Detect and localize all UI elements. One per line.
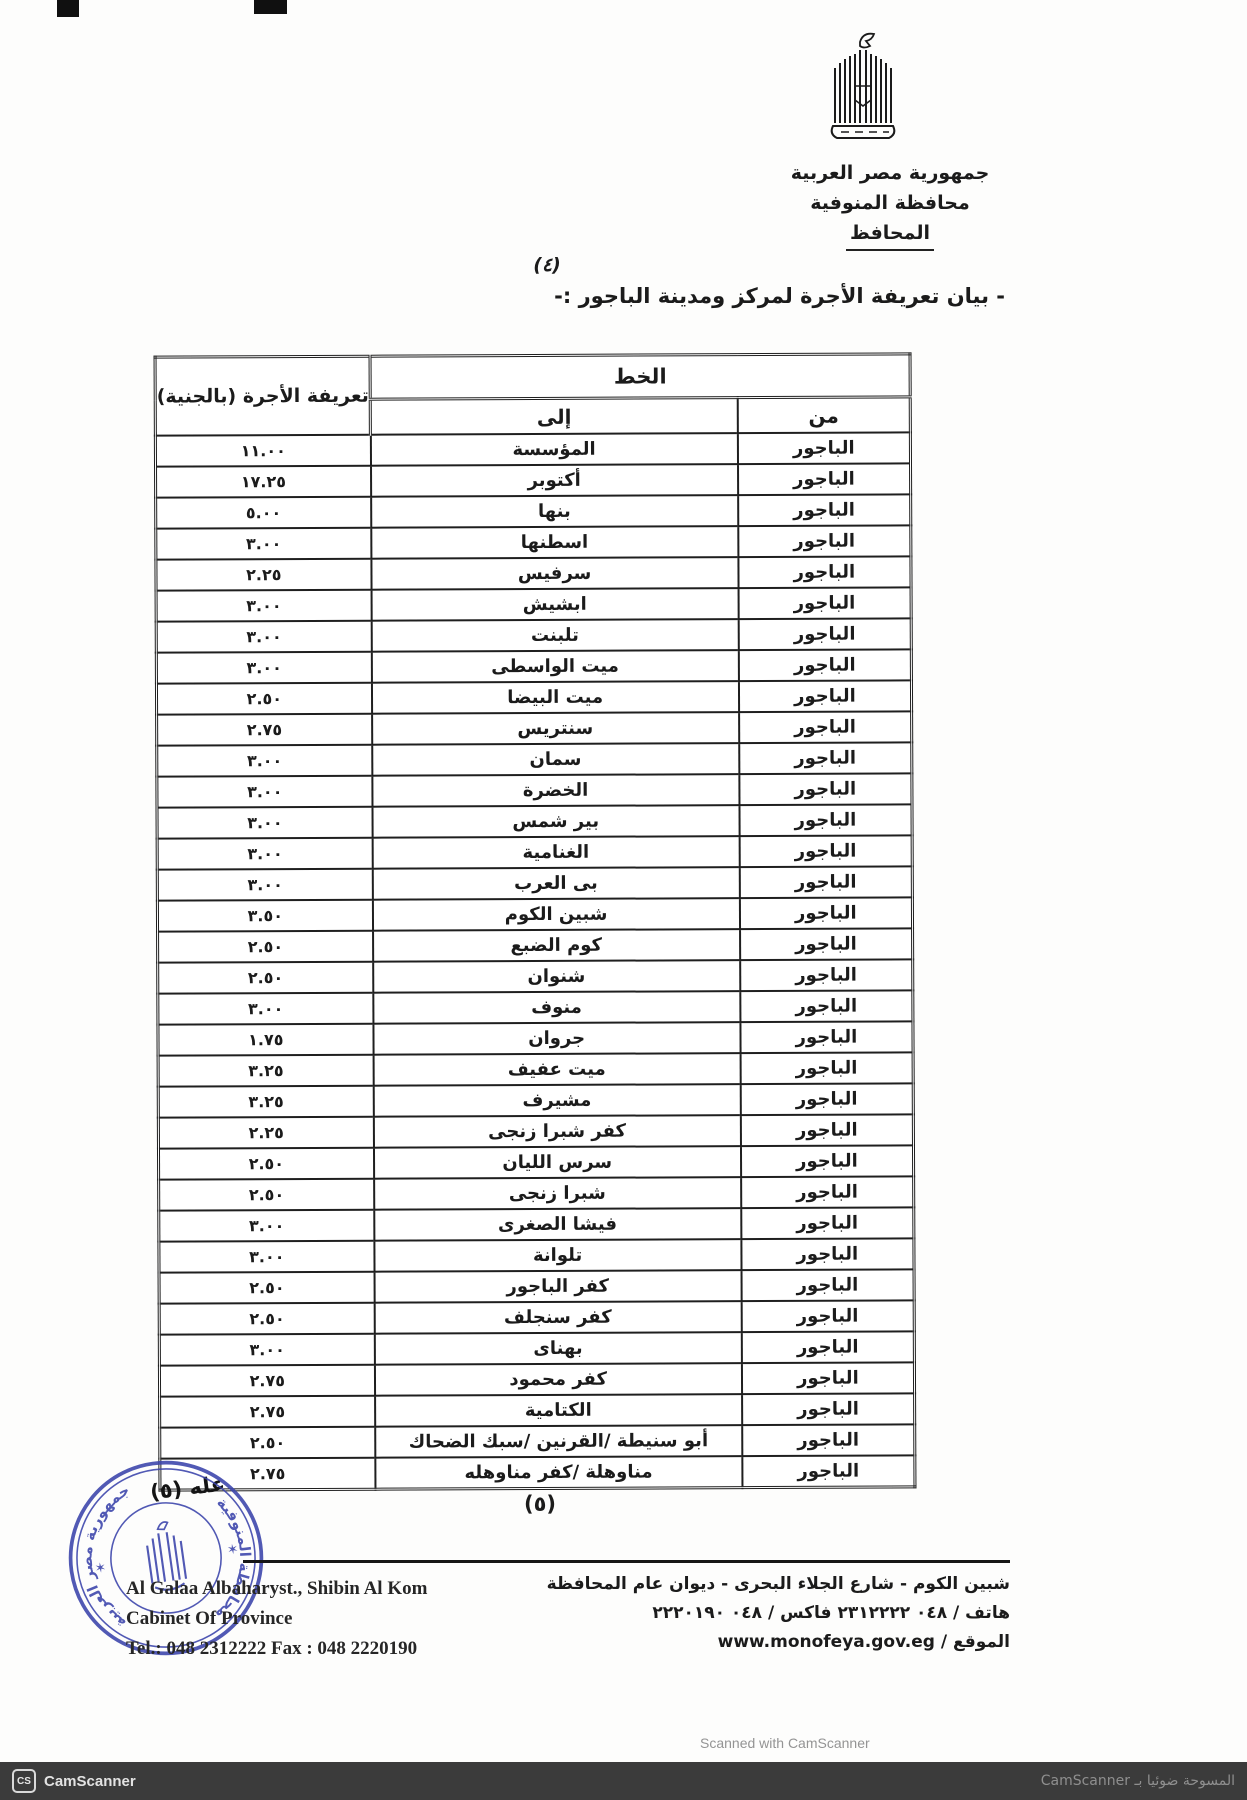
footer-divider [243, 1560, 1010, 1563]
destination-cell: تلبنت [371, 619, 738, 652]
fare-cell: ٢.٥٠ [159, 1272, 374, 1304]
destination-cell: الخضرة [372, 774, 739, 807]
destination-cell: شبرا زنجى [374, 1177, 741, 1210]
destination-cell: مشيرف [373, 1084, 740, 1117]
footer-website: الموقع / www.monofeya.gov.eg [547, 1628, 1010, 1657]
table-row: الباجور سرفيس ٢.٢٥ [156, 556, 911, 590]
origin-cell: الباجور [741, 1331, 914, 1363]
table-row: الباجور ميت عفيف ٣.٢٥ [158, 1052, 913, 1086]
destination-cell: ميت الواسطى [371, 650, 738, 683]
fare-cell: ٢.٧٥ [159, 1365, 374, 1397]
origin-cell: الباجور [738, 618, 911, 650]
origin-cell: الباجور [739, 866, 912, 898]
table-row: الباجور بنها ٥.٠٠ [156, 494, 911, 528]
footer-address-en-2: Cabinet Of Province [126, 1604, 427, 1634]
origin-cell: الباجور [741, 1300, 914, 1332]
destination-cell: بير شمس [372, 805, 739, 838]
fare-cell: ٢.٥٠ [156, 683, 371, 715]
destination-cell: الغنامية [372, 836, 739, 869]
origin-cell: الباجور [738, 649, 911, 681]
letterhead-office: المحافظ [846, 218, 934, 251]
table-row: الباجور أكتوبر ١٧.٢٥ [156, 463, 911, 497]
table-row: الباجور منوف ٣.٠٠ [158, 990, 913, 1024]
fare-cell: ٢.٥٠ [158, 1148, 373, 1180]
destination-cell: شنوان [373, 960, 740, 993]
fare-cell: ٣.٠٠ [156, 590, 371, 622]
table-header-to: إلى [370, 398, 737, 435]
table-row: الباجور مشيرف ٣.٢٥ [158, 1083, 913, 1117]
destination-cell: ابشيش [371, 588, 738, 621]
destination-cell: بى العرب [372, 867, 739, 900]
origin-cell: الباجور [739, 773, 912, 805]
table-row: الباجور كفر شبرا زنجى ٢.٢٥ [158, 1114, 913, 1148]
fare-cell: ١١.٠٠ [155, 435, 370, 467]
destination-cell: المؤسسة [371, 433, 738, 466]
origin-cell: الباجور [742, 1362, 915, 1394]
destination-cell: سرفيس [371, 557, 738, 590]
fare-cell: ٣.٠٠ [159, 1241, 374, 1273]
fare-cell: ٣.٠٠ [157, 838, 372, 870]
camscanner-watermark: Scanned with CamScanner [700, 1735, 870, 1751]
fare-cell: ٢.٥٠ [158, 931, 373, 963]
fare-cell: ٣.٠٠ [156, 652, 371, 684]
destination-cell: الكتامية [375, 1394, 742, 1427]
fare-cell: ٣.٠٠ [157, 869, 372, 901]
origin-cell: الباجور [738, 463, 911, 495]
table-row: الباجور أبو سنيطة /القرنين /سبك الضحاك ٢… [160, 1424, 915, 1458]
fare-cell: ٣.٠٠ [157, 776, 372, 808]
footer-address-en-1: Al Galaa Albaharyst., Shibin Al Kom [126, 1574, 427, 1604]
origin-cell: الباجور [740, 1021, 913, 1053]
table-row: الباجور بى العرب ٣.٠٠ [157, 866, 912, 900]
camscanner-brand: CamScanner [44, 1773, 136, 1790]
destination-cell: كفر محمود [375, 1363, 742, 1396]
origin-cell: الباجور [740, 928, 913, 960]
table-row: الباجور اسطنها ٣.٠٠ [156, 525, 911, 559]
fare-cell: ٣.٠٠ [157, 745, 372, 777]
destination-cell: كفر الباجور [374, 1270, 741, 1303]
egypt-eagle-emblem-icon [802, 26, 924, 158]
fare-cell: ٣.٠٠ [156, 528, 371, 560]
fare-table: الخط تعريفة الأجرة (بالجنية) من إلى البا… [154, 352, 917, 1491]
letterhead: جمهورية مصر العربية محافظة المنوفية المح… [770, 158, 1010, 251]
table-header-line: الخط [370, 354, 910, 399]
origin-cell: الباجور [740, 1052, 913, 1084]
origin-cell: الباجور [740, 1083, 913, 1115]
table-row: الباجور الخضرة ٣.٠٠ [157, 773, 912, 807]
table-row: الباجور الكتامية ٢.٧٥ [160, 1393, 915, 1427]
origin-cell: الباجور [739, 804, 912, 836]
camscanner-bar-arabic: المسوحة ضوئيا بـ CamScanner [1041, 1773, 1235, 1789]
destination-cell: بنها [371, 495, 738, 528]
destination-cell: مناوهلة /كفر مناوهله [375, 1456, 742, 1489]
destination-cell: أبو سنيطة /القرنين /سبك الضحاك [375, 1425, 742, 1458]
fare-cell: ٣.٠٠ [157, 807, 372, 839]
destination-cell: منوف [373, 991, 740, 1024]
destination-cell: سنتريس [372, 712, 739, 745]
fare-cell: ٣.٠٠ [159, 1210, 374, 1242]
table-row: الباجور بير شمس ٣.٠٠ [157, 804, 912, 838]
origin-cell: الباجور [740, 897, 913, 929]
destination-cell: جروان [373, 1022, 740, 1055]
destination-cell: ميت البيضا [372, 681, 739, 714]
origin-cell: الباجور [740, 959, 913, 991]
table-row: الباجور كفر سنجلف ٢.٥٠ [159, 1300, 914, 1334]
destination-cell: سرس الليان [374, 1146, 741, 1179]
camscanner-bar: CS CamScanner المسوحة ضوئيا بـ CamScanne… [0, 1762, 1247, 1800]
origin-cell: الباجور [741, 1176, 914, 1208]
destination-cell: كفر سنجلف [374, 1301, 741, 1334]
destination-cell: تلوانة [374, 1239, 741, 1272]
table-row: الباجور سرس الليان ٢.٥٠ [158, 1145, 913, 1179]
table-row: الباجور كفر محمود ٢.٧٥ [159, 1362, 914, 1396]
origin-cell: الباجور [739, 742, 912, 774]
origin-cell: الباجور [739, 680, 912, 712]
table-row: الباجور ميت الواسطى ٣.٠٠ [156, 649, 911, 683]
origin-cell: الباجور [738, 525, 911, 557]
origin-cell: الباجور [741, 1145, 914, 1177]
scan-artifact [57, 0, 79, 17]
destination-cell: أكتوبر [371, 464, 738, 497]
table-header-fare: تعريفة الأجرة (بالجنية) [155, 356, 370, 435]
table-row: الباجور شنوان ٢.٥٠ [158, 959, 913, 993]
table-row: الباجور ميت البيضا ٢.٥٠ [156, 680, 911, 714]
destination-cell: ميت عفيف [373, 1053, 740, 1086]
fare-cell: ٢.٢٥ [158, 1117, 373, 1149]
origin-cell: الباجور [738, 494, 911, 526]
fare-table-body: الباجور المؤسسة ١١.٠٠ الباجور أكتوبر ١٧.… [155, 432, 915, 1489]
table-row: الباجور تلوانة ٣.٠٠ [159, 1238, 914, 1272]
origin-cell: الباجور [742, 1393, 915, 1425]
footer-address-ar: شبين الكوم - شارع الجلاء البحرى - ديوان … [547, 1570, 1010, 1599]
footer-phone-ar: هاتف / ٠٤٨ ٢٣١٢٢٢٢ فاكس / ٠٤٨ ٢٢٢٠١٩٠ [547, 1599, 1010, 1628]
svg-text:✶: ✶ [94, 1560, 108, 1577]
origin-cell: الباجور [738, 556, 911, 588]
table-row: الباجور ابشيش ٣.٠٠ [156, 587, 911, 621]
origin-cell: الباجور [740, 1114, 913, 1146]
table-row: الباجور كفر الباجور ٢.٥٠ [159, 1269, 914, 1303]
table-row: الباجور بهناى ٣.٠٠ [159, 1331, 914, 1365]
fare-cell: ٣.٠٠ [159, 1334, 374, 1366]
origin-cell: الباجور [738, 587, 911, 619]
origin-cell: الباجور [739, 711, 912, 743]
destination-cell: شبين الكوم [373, 898, 740, 931]
footer-address-en-3: Tel.: 048 2312222 Fax : 048 2220190 [126, 1634, 427, 1664]
scan-artifact [254, 0, 287, 14]
fare-cell: ٣.٠٠ [158, 993, 373, 1025]
fare-cell: ١٧.٢٥ [156, 466, 371, 498]
destination-cell: كفر شبرا زنجى [373, 1115, 740, 1148]
origin-cell: الباجور [738, 432, 911, 464]
table-row: الباجور فيشا الصغرى ٣.٠٠ [159, 1207, 914, 1241]
table-row: الباجور تلبنت ٣.٠٠ [156, 618, 911, 652]
destination-cell: اسطنها [371, 526, 738, 559]
fare-cell: ٥.٠٠ [156, 497, 371, 529]
footer-english: Al Galaa Albaharyst., Shibin Al Kom Cabi… [126, 1574, 427, 1664]
fare-cell: ٢.٥٠ [159, 1179, 374, 1211]
origin-cell: الباجور [741, 1269, 914, 1301]
scanned-document-page: جمهورية مصر العربية محافظة المنوفية المح… [0, 0, 1247, 1800]
table-row: الباجور سنتريس ٢.٧٥ [157, 711, 912, 745]
document-title: - بيان تعريفة الأجرة لمركز ومدينة الباجو… [554, 284, 1005, 308]
table-row: الباجور مناوهلة /كفر مناوهله ٢.٧٥ [160, 1455, 915, 1489]
table-row: الباجور شبرا زنجى ٢.٥٠ [159, 1176, 914, 1210]
destination-cell: فيشا الصغرى [374, 1208, 741, 1241]
page-number-bottom: (٥) [505, 1492, 575, 1516]
origin-cell: الباجور [741, 1238, 914, 1270]
fare-cell: ٢.٥٠ [159, 1303, 374, 1335]
destination-cell: سمان [372, 743, 739, 776]
destination-cell: بهناى [374, 1332, 741, 1365]
fare-cell: ٢.٧٥ [160, 1396, 375, 1428]
fare-cell: ٣.٥٠ [157, 900, 372, 932]
svg-text:✶: ✶ [226, 1541, 240, 1558]
table-row: الباجور جروان ١.٧٥ [158, 1021, 913, 1055]
fare-cell: ١.٧٥ [158, 1024, 373, 1056]
origin-cell: الباجور [740, 990, 913, 1022]
table-row: الباجور الغنامية ٣.٠٠ [157, 835, 912, 869]
fare-cell: ٢.٧٥ [157, 714, 372, 746]
origin-cell: الباجور [739, 835, 912, 867]
origin-cell: الباجور [742, 1455, 915, 1487]
letterhead-governorate: محافظة المنوفية [770, 188, 1010, 218]
fare-cell: ٢.٥٠ [158, 962, 373, 994]
page-number-top: (٤) [512, 254, 582, 276]
origin-cell: الباجور [742, 1424, 915, 1456]
origin-cell: الباجور [741, 1207, 914, 1239]
table-row: الباجور المؤسسة ١١.٠٠ [155, 432, 910, 466]
table-row: الباجور سمان ٣.٠٠ [157, 742, 912, 776]
footer-arabic: شبين الكوم - شارع الجلاء البحرى - ديوان … [547, 1570, 1010, 1657]
table-header-from: من [737, 397, 910, 433]
destination-cell: كوم الضبع [373, 929, 740, 962]
fare-cell: ٣.٢٥ [158, 1086, 373, 1118]
table-row: الباجور شبين الكوم ٣.٥٠ [157, 897, 912, 931]
fare-cell: ٢.٢٥ [156, 559, 371, 591]
table-row: الباجور كوم الضبع ٢.٥٠ [158, 928, 913, 962]
letterhead-country: جمهورية مصر العربية [770, 158, 1010, 188]
fare-cell: ٣.٠٠ [156, 621, 371, 653]
camscanner-logo-icon: CS [12, 1769, 36, 1793]
fare-cell: ٣.٢٥ [158, 1055, 373, 1087]
